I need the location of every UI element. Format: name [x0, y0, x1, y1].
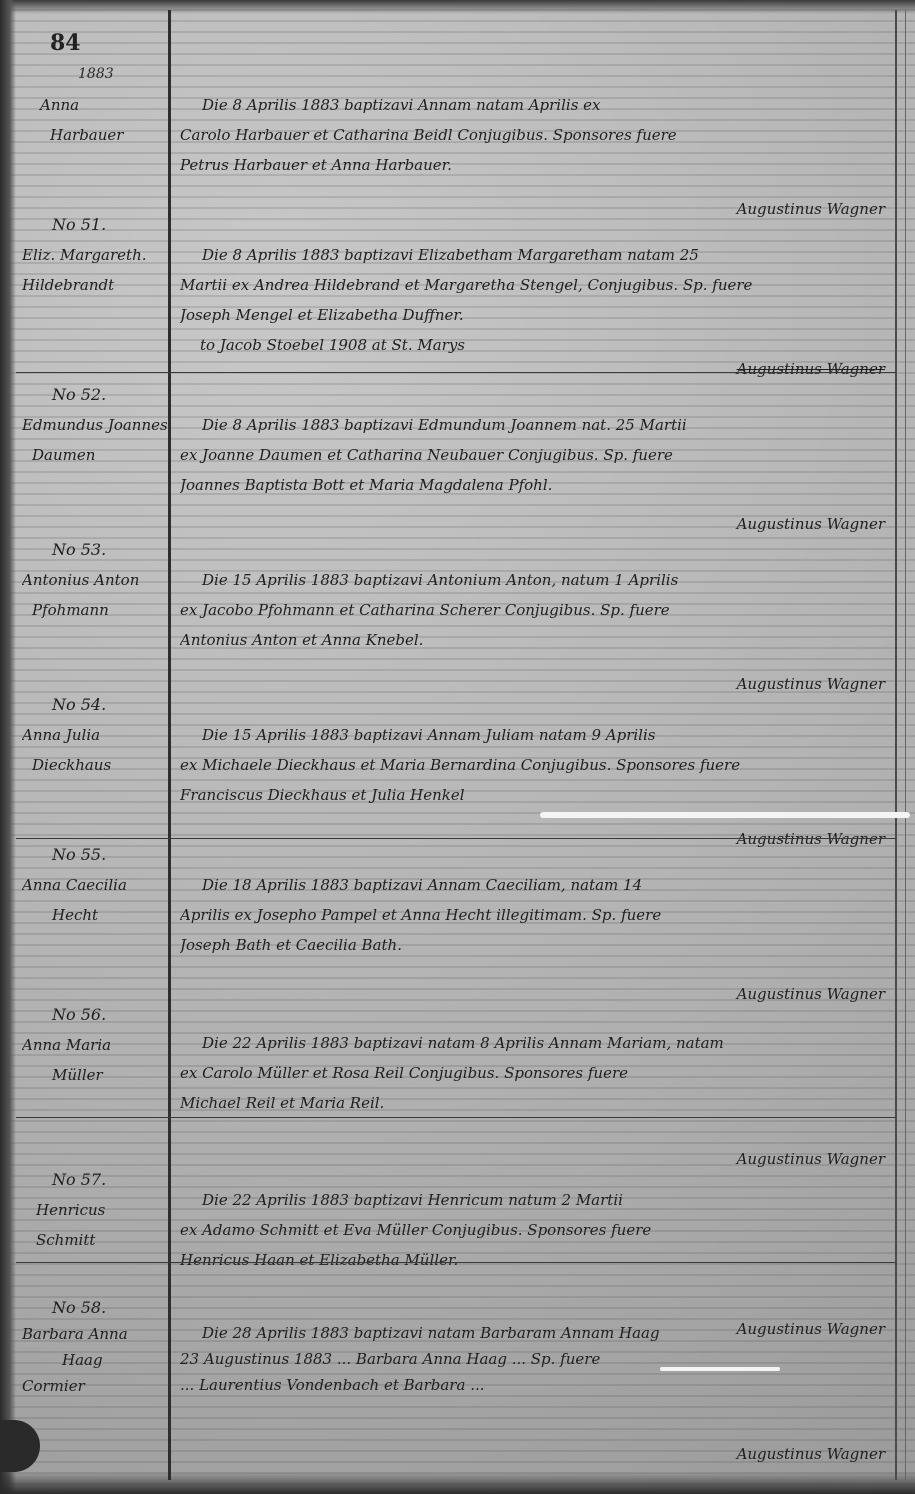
entry-line: Die 28 Aprilis 1883 baptizavi natam Barb…	[180, 1320, 880, 1346]
record-number: No 58.	[22, 1295, 167, 1321]
record-number: No 52.	[22, 380, 167, 410]
entry-line: Die 15 Aprilis 1883 baptizavi Antonium A…	[180, 565, 880, 595]
child-given-name: Anna Caecilia	[22, 870, 167, 900]
child-given-name: Anna Maria	[22, 1030, 167, 1060]
entry-name-cell: No 56. Anna Maria Müller	[22, 1000, 167, 1090]
entry-text-cell: Die 8 Aprilis 1883 baptizavi Elizabetham…	[180, 240, 880, 360]
child-surname: Harbauer	[22, 120, 167, 150]
child-surname: Haag	[22, 1347, 167, 1373]
child-surname: Schmitt	[22, 1225, 167, 1255]
entry-text-cell: Die 18 Aprilis 1883 baptizavi Annam Caec…	[180, 870, 880, 960]
child-surname: Pfohmann	[22, 595, 167, 625]
entry-line: Martii ex Andrea Hildebrand et Margareth…	[180, 270, 880, 300]
record-number: No 56.	[22, 1000, 167, 1030]
priest-signature: Augustinus Wagner	[737, 1150, 885, 1168]
record-number: No 51.	[22, 210, 167, 240]
year-heading: 1883	[78, 66, 114, 82]
entry-name-cell: No 51. Eliz. Margareth. Hildebrandt	[22, 210, 167, 300]
entry-line: ex Adamo Schmitt et Eva Müller Conjugibu…	[180, 1215, 880, 1245]
entry-text-cell: Die 8 Aprilis 1883 baptizavi Annam natam…	[180, 90, 880, 180]
entry-line: Joseph Mengel et Elizabetha Duffner.	[180, 300, 880, 330]
entry-name-cell: No 54. Anna Julia Dieckhaus	[22, 690, 167, 780]
page-number: 84	[50, 30, 81, 56]
married-surname: Cormier	[22, 1373, 167, 1399]
priest-signature: Augustinus Wagner	[737, 1445, 885, 1463]
child-given-name: Edmundus Joannes	[22, 410, 167, 440]
entry-line: Petrus Harbauer et Anna Harbauer.	[180, 150, 880, 180]
entry-text-cell: Die 8 Aprilis 1883 baptizavi Edmundum Jo…	[180, 410, 880, 500]
entry-line: Antonius Anton et Anna Knebel.	[180, 625, 880, 655]
margin-rule	[895, 10, 897, 1480]
child-given-name: Anna Julia	[22, 720, 167, 750]
entry-name-cell: No 52. Edmundus Joannes Daumen	[22, 380, 167, 470]
entry-line: Die 18 Aprilis 1883 baptizavi Annam Caec…	[180, 870, 880, 900]
entry-name-cell: Anna Harbauer	[22, 90, 167, 150]
priest-signature: Augustinus Wagner	[737, 200, 885, 218]
binding-hole	[0, 1420, 40, 1472]
register-page: 84 1883 Anna Harbauer Die 8 Aprilis 1883…	[0, 0, 915, 1494]
entry-line: ex Michaele Dieckhaus et Maria Bernardin…	[180, 750, 880, 780]
entry-line: Aprilis ex Josepho Pampel et Anna Hecht …	[180, 900, 880, 930]
record-number: No 53.	[22, 535, 167, 565]
priest-signature: Augustinus Wagner	[737, 675, 885, 693]
child-given-name: Eliz. Margareth.	[22, 240, 167, 270]
priest-signature: Augustinus Wagner	[737, 360, 885, 378]
scan-top-shadow	[0, 0, 915, 14]
entry-text-cell: Die 22 Aprilis 1883 baptizavi natam 8 Ap…	[180, 1028, 880, 1118]
entry-line: Michael Reil et Maria Reil.	[180, 1088, 880, 1118]
child-given-name: Barbara Anna	[22, 1321, 167, 1347]
entry-line: ex Joanne Daumen et Catharina Neubauer C…	[180, 440, 880, 470]
entry-line: Die 8 Aprilis 1883 baptizavi Elizabetham…	[180, 240, 880, 270]
child-surname: Daumen	[22, 440, 167, 470]
entry-line: ex Jacobo Pfohmann et Catharina Scherer …	[180, 595, 880, 625]
column-divider	[168, 10, 171, 1480]
entry-separator	[16, 1262, 896, 1263]
entry-text-cell: Die 15 Aprilis 1883 baptizavi Annam Juli…	[180, 720, 880, 810]
child-surname: Dieckhaus	[22, 750, 167, 780]
child-given-name: Antonius Anton	[22, 565, 167, 595]
entry-separator	[16, 838, 896, 839]
child-surname: Hecht	[22, 900, 167, 930]
entry-line: Henricus Haan et Elizabetha Müller.	[180, 1245, 880, 1275]
child-given-name: Henricus	[22, 1195, 167, 1225]
entry-separator	[16, 372, 896, 373]
entry-line: Die 8 Aprilis 1883 baptizavi Annam natam…	[180, 90, 880, 120]
paper-tear	[660, 1367, 780, 1371]
priest-signature: Augustinus Wagner	[737, 830, 885, 848]
entry-line: Carolo Harbauer et Catharina Beidl Conju…	[180, 120, 880, 150]
paper-tear	[540, 812, 910, 818]
entry-line: Franciscus Dieckhaus et Julia Henkel	[180, 780, 880, 810]
entry-name-cell: No 53. Antonius Anton Pfohmann	[22, 535, 167, 625]
record-number: No 57.	[22, 1165, 167, 1195]
entry-text-cell: Die 28 Aprilis 1883 baptizavi natam Barb…	[180, 1320, 880, 1398]
scan-binding-shadow	[0, 0, 16, 1494]
entry-name-cell: No 57. Henricus Schmitt	[22, 1165, 167, 1255]
child-surname: Hildebrandt	[22, 270, 167, 300]
entry-line: Joannes Baptista Bott et Maria Magdalena…	[180, 470, 880, 500]
scan-bottom-shadow	[0, 1472, 915, 1494]
priest-signature: Augustinus Wagner	[737, 515, 885, 533]
entry-line: Die 8 Aprilis 1883 baptizavi Edmundum Jo…	[180, 410, 880, 440]
record-number: No 55.	[22, 840, 167, 870]
marriage-annotation: to Jacob Stoebel 1908 at St. Marys	[180, 330, 880, 360]
child-given-name: Anna	[22, 90, 167, 120]
entry-line: Joseph Bath et Caecilia Bath.	[180, 930, 880, 960]
child-surname: Müller	[22, 1060, 167, 1090]
entry-name-cell: No 58. Barbara Anna Haag Cormier	[22, 1295, 167, 1399]
priest-signature: Augustinus Wagner	[737, 985, 885, 1003]
entry-line: Die 15 Aprilis 1883 baptizavi Annam Juli…	[180, 720, 880, 750]
entry-line: ex Carolo Müller et Rosa Reil Conjugibus…	[180, 1058, 880, 1088]
entry-name-cell: No 55. Anna Caecilia Hecht	[22, 840, 167, 930]
entry-separator	[16, 1117, 896, 1118]
record-number: No 54.	[22, 690, 167, 720]
entry-line: Die 22 Aprilis 1883 baptizavi natam 8 Ap…	[180, 1028, 880, 1058]
entry-text-cell: Die 15 Aprilis 1883 baptizavi Antonium A…	[180, 565, 880, 655]
margin-rule-outer	[905, 10, 906, 1480]
entry-line: Die 22 Aprilis 1883 baptizavi Henricum n…	[180, 1185, 880, 1215]
entry-line: ... Laurentius Vondenbach et Barbara ...	[180, 1372, 880, 1398]
